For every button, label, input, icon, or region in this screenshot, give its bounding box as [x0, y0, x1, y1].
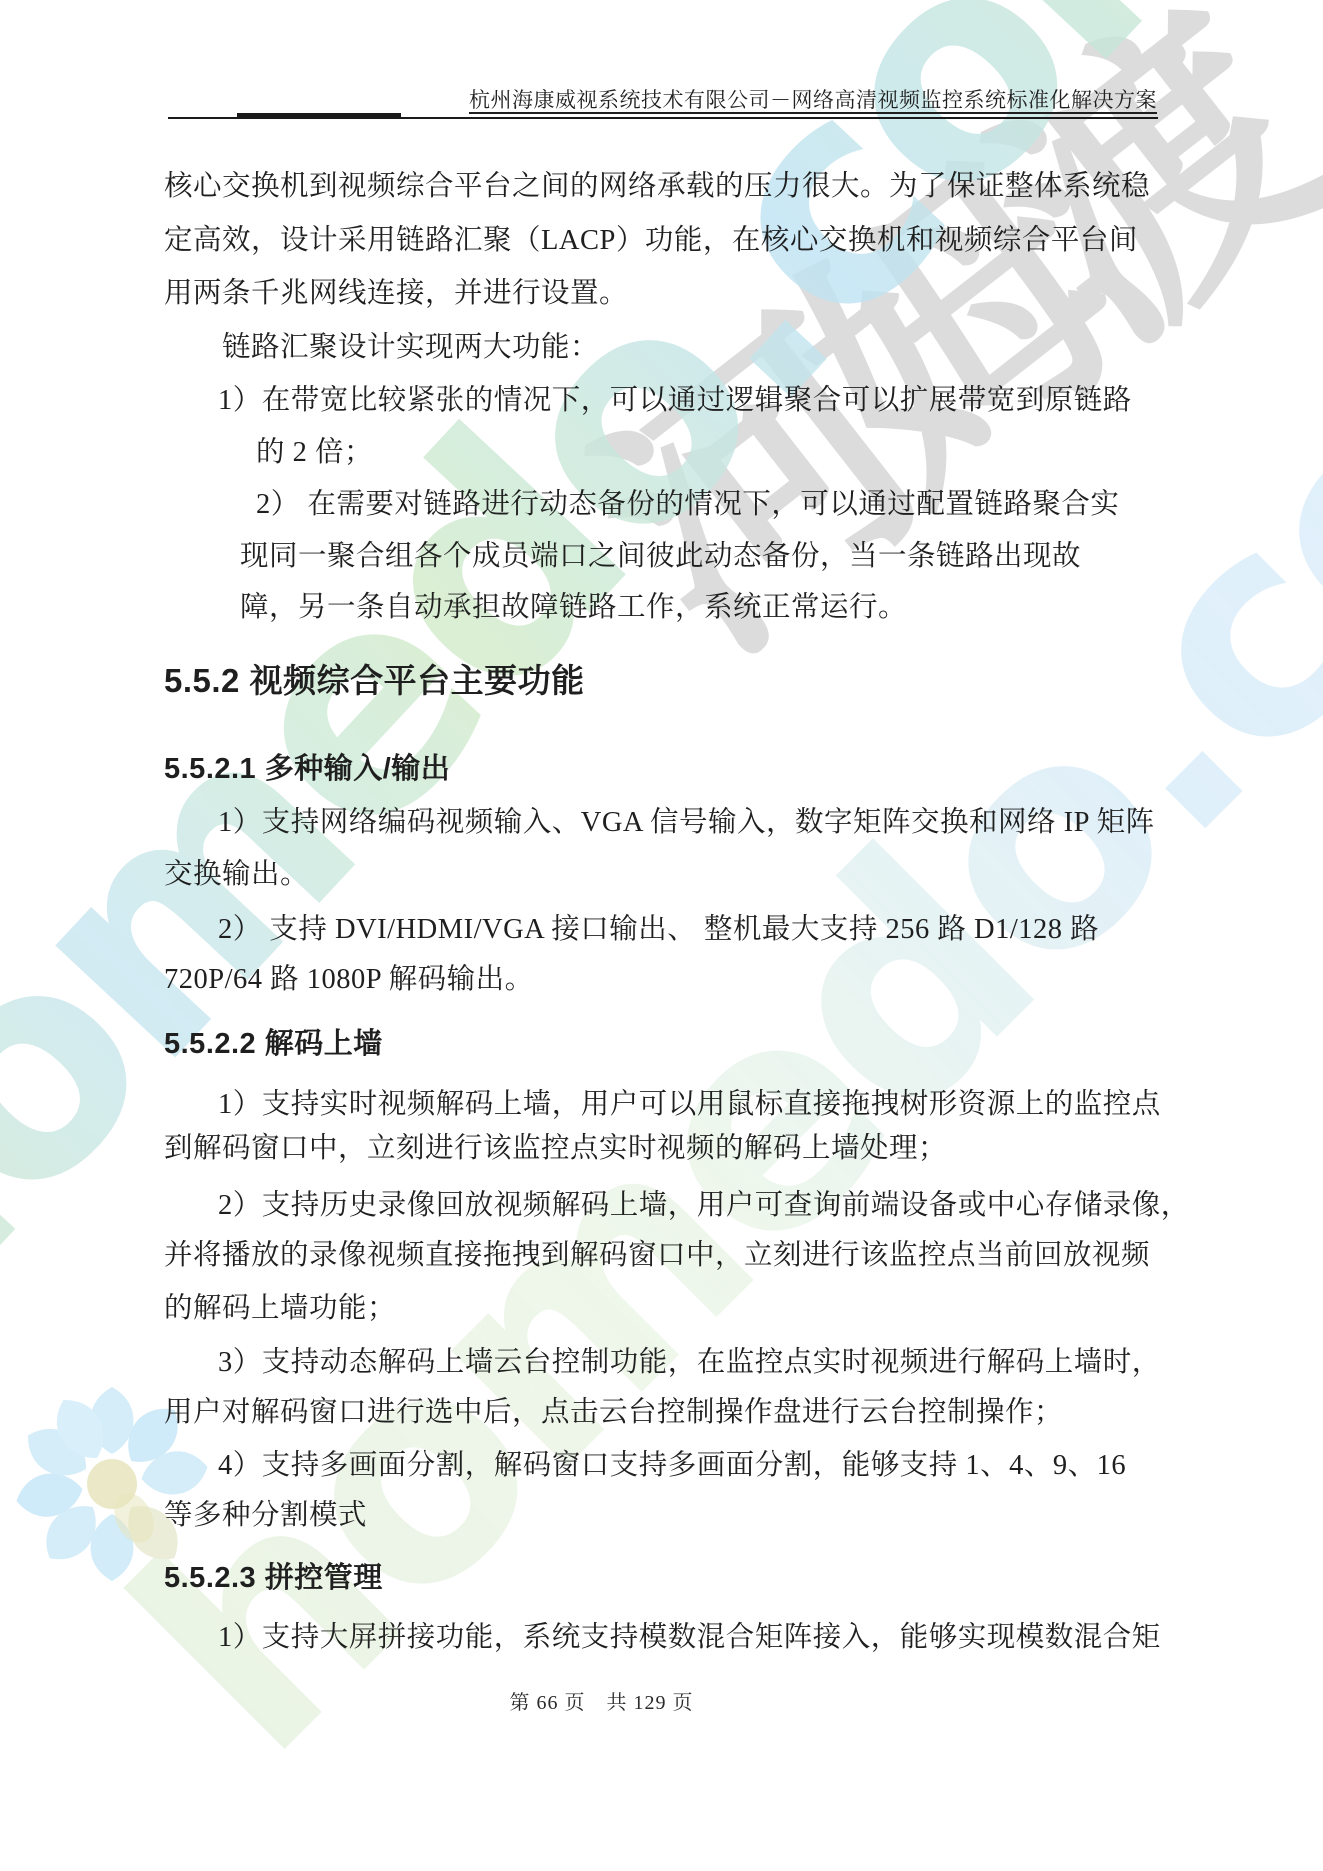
- paragraph-line: 交换输出。: [164, 858, 309, 892]
- list-item-line: 现同一聚合组各个成员端口之间彼此动态备份，当一条链路出现故: [240, 540, 1081, 574]
- flower-petal: [45, 1389, 116, 1468]
- paragraph-line: 用两条千兆网线连接，并进行设置。: [164, 277, 628, 311]
- flower-center-streak: [107, 1487, 162, 1549]
- section-heading-552: 5.5.2 视频综合平台主要功能: [164, 655, 585, 702]
- header-rule-thick-segment: [237, 113, 401, 119]
- list-item-line: 1）支持实时视频解码上墙，用户可以用鼠标直接拖拽树形资源上的监控点: [218, 1088, 1161, 1122]
- list-item-line: 1）支持网络编码视频输入、VGA 信号输入，数字矩阵交换和网络 IP 矩阵: [218, 806, 1155, 840]
- section-heading-5523: 5.5.2.3 拼控管理: [164, 1555, 383, 1596]
- section-heading-5522: 5.5.2.2 解码上墙: [164, 1021, 383, 1062]
- paragraph-line: 用户对解码窗口进行选中后，点击云台控制操作盘进行云台控制操作；: [164, 1396, 1063, 1430]
- flower-petal: [91, 1387, 134, 1454]
- flower-petal: [17, 1417, 96, 1488]
- header-title: 杭州海康威视系统技术有限公司－网络高清视频监控系统标准化解决方案: [469, 84, 1157, 114]
- list-item-line: 3）支持动态解码上墙云台控制功能，在监控点实时视频进行解码上墙时，: [218, 1346, 1161, 1380]
- paragraph-line: 等多种分割模式: [164, 1499, 367, 1533]
- list-item-line: 障，另一条自动承担故障链路工作，系统正常运行。: [240, 591, 907, 625]
- paragraph-line: 并将播放的录像视频直接拖拽到解码窗口中，立刻进行该监控点当前回放视频: [164, 1239, 1150, 1273]
- paragraph-line: 定高效，设计采用链路汇聚（LACP）功能，在核心交换机和视频综合平台间: [164, 224, 1138, 258]
- paragraph-line: 链路汇聚设计实现两大功能：: [222, 331, 599, 365]
- paragraph-line: 核心交换机到视频综合平台之间的网络承载的压力很大。为了保证整体系统稳: [164, 170, 1150, 204]
- section-heading-5521: 5.5.2.1 多种输入/输出: [164, 746, 450, 787]
- flower-petal: [33, 1493, 109, 1572]
- list-item-line: 2） 在需要对链路进行动态备份的情况下，可以通过配置链路聚合实: [256, 488, 1119, 522]
- list-item-line: 1）支持大屏拼接功能，系统支持模数混合矩阵接入，能够实现模数混合矩: [218, 1621, 1161, 1655]
- paragraph-line: 的解码上墙功能；: [164, 1292, 396, 1326]
- list-item-line: 2）支持历史录像回放视频解码上墙，用户可查询前端设备或中心存储录像，: [218, 1189, 1190, 1223]
- list-item-line: 2） 支持 DVI/HDMI/VGA 接口输出、 整机最大支持 256 路 D1…: [218, 913, 1099, 947]
- flower-center: [87, 1459, 137, 1509]
- list-item-line: 1）在带宽比较紧张的情况下，可以通过逻辑聚合可以扩展带宽到原链路: [218, 384, 1132, 418]
- paragraph-line: 到解码窗口中，立刻进行该监控点实时视频的解码上墙处理；: [164, 1132, 947, 1166]
- flower-petal: [91, 1514, 134, 1581]
- list-item-line: 的 2 倍；: [256, 436, 373, 470]
- list-item-line: 4）支持多画面分割，解码窗口支持多画面分割，能够支持 1、4、9、16: [218, 1449, 1126, 1483]
- page-number: 第 66 页 共 129 页: [0, 1686, 1323, 1715]
- document-page: 河姆渡 homedo.com homedo.com 杭州海康威视系统技术有限公司…: [0, 0, 1323, 1871]
- flower-petal: [13, 1468, 86, 1522]
- flower-petal: [138, 1446, 211, 1500]
- paragraph-line: 720P/64 路 1080P 解码输出。: [164, 963, 534, 997]
